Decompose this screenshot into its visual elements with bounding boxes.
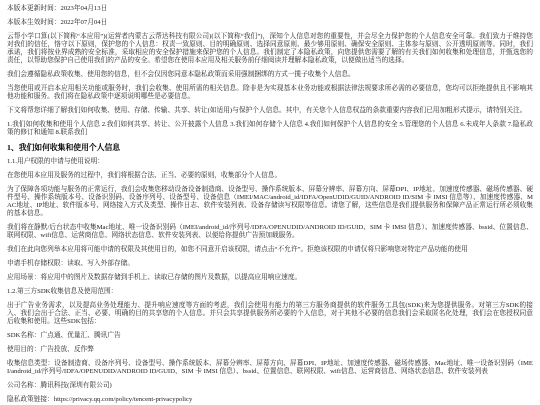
paragraph: 出于广告业务需求，以及提高业务处理能力、提升响应速度等方面的考虑，我们会使用有能… — [7, 302, 533, 326]
paragraph: 为了保障各项功能与服务的正常运行，我们会收集您移动设备设备制造商、设备型号、操作… — [7, 186, 533, 218]
paragraph: 使用目的：广告投放、反作弊 — [7, 346, 533, 354]
paragraph: 我们将在静默/后台状态中收集Mac地址、唯一设备识别码（IMEI/android… — [7, 224, 533, 240]
paragraph: 1.1.用户权限的申请与使用说明： — [7, 158, 533, 166]
paragraph: 在您使用本应用及服务的过程中，我们将根据合法、正当、必要的原则，收集部分个人信息… — [7, 172, 533, 180]
version-meta-line: 本版本生效时间：2022年07月04日 — [7, 19, 533, 27]
paragraph: 1.我们如何收集和使用个人信息 2.我们如何共享、转让、公开披露个人信息 3.我… — [7, 121, 533, 137]
paragraph: 我们在此向您列举本应用将可能申请的权限及其使用目的，如您不同意开启该权限，请点击… — [7, 246, 533, 254]
paragraph: 1.2.第三方SDK收集信息及使用范围： — [7, 288, 533, 296]
paragraph: 应用场景：将应用中的图片及数据存储到手机上、读取已存储的图片及数据，以提高应用响… — [7, 274, 533, 282]
privacy-policy-document: 本版本更新时间：2023年04月13日本版本生效时间：2022年07月04日云帮… — [0, 0, 540, 405]
paragraph: 隐私政策链接：https://privacy.qq.com/policy/ten… — [7, 396, 533, 404]
paragraph: 申请手机存储权限：读取、写入外部存储。 — [7, 260, 533, 268]
paragraph: 我们会遵循隐私政策收集、使用您的信息，但不会仅因您同意本隐私政策而采用强制捆绑的… — [7, 71, 533, 79]
paragraph: 下文将帮您详细了解我们如何收集、使用、存储、传输、共享、转让(如适用)与保护个人… — [7, 107, 533, 115]
version-meta-line: 本版本更新时间：2023年04月13日 — [7, 5, 533, 13]
paragraph: 当您使用或开启本应用相关功能或服务时，我们会收集、使用所需的相关信息。除非是为实… — [7, 85, 533, 101]
section-heading: 1、我们如何收集和使用个人信息 — [7, 143, 533, 152]
paragraph: 收集信息类型：设备制造商、设备序列号、设备型号、操作系统版本、屏幕分辨率、屏幕方… — [7, 360, 533, 376]
paragraph: 云帮小学口算(以下简称“本应用”)(运营者内蒙古云帮达科技有限公司)(以下简称“… — [7, 33, 533, 65]
paragraph: SDK名称：广点通、优量汇、腾讯广告 — [7, 332, 533, 340]
paragraph: 公司名称：腾讯科技(深圳有限公司) — [7, 382, 533, 390]
document-body: 本版本更新时间：2023年04月13日本版本生效时间：2022年07月04日云帮… — [7, 5, 533, 404]
